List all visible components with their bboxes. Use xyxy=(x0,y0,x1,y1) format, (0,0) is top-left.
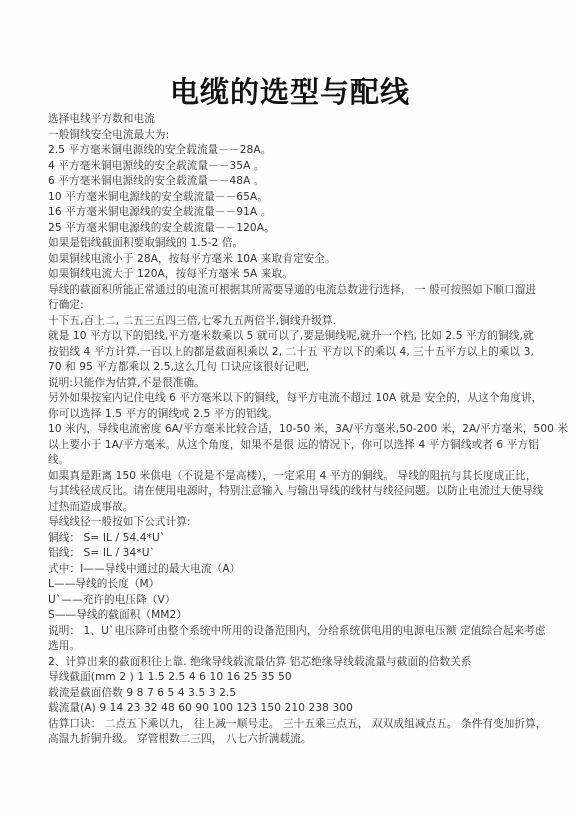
text-line: 以上要小于 1A/平方毫米。从这个角度，如果不是很 远的情况下，你可以选择 4 … xyxy=(48,438,538,454)
text-line: 如果是铝线截面积要取铜线的 1.5-2 倍。 xyxy=(48,236,538,252)
document-body: 选择电线平方数和电流 一般铜线安全电流最大为: 2.5 平方毫米铜电源线的安全载… xyxy=(48,112,538,748)
table-row-multiplier: 载流是截面倍数 9 8 7 6 5 4 3.5 3 2.5 xyxy=(48,686,538,702)
text-line: 就是 10 平方以下的铝线,平方毫米数乘以 5 就可以了,要是铜线呢,就升一个档… xyxy=(48,329,538,345)
text-line: 与其线径成反比。请在使用电源时，特别注意输入 与输出导线的线材与线径问题。以防止… xyxy=(48,484,538,500)
text-line: 25 平方毫米铜电源线的安全载流量－－120A。 xyxy=(48,221,538,237)
text-line: 过热而造成事故。 xyxy=(48,500,538,516)
text-line: 2.5 平方毫米铜电源线的安全载流量－－28A。 xyxy=(48,143,538,159)
text-line: 如果铜线电流小于 28A，按每平方毫米 10A 来取肯定安全。 xyxy=(48,252,538,268)
text-line: 导线的截面积所能正常通过的电流可根据其所需要导通的电流总数进行选择， 一 般可按… xyxy=(48,283,538,299)
text-line: 导线线径一般按如下公式计算: xyxy=(48,515,538,531)
text-line: 线。 xyxy=(48,453,538,469)
text-line: 70 和 95 平方都乘以 2.5,这么几句 口诀应该很好记吧, xyxy=(48,360,538,376)
formula-copper: 铜线： S= IL / 54.4*U` xyxy=(48,531,538,547)
document-page: 电缆的选型与配线 选择电线平方数和电流 一般铜线安全电流最大为: 2.5 平方毫… xyxy=(0,0,580,820)
text-line: 另外如果按室内记住电线 6 平方毫米以下的铜线，每平方电流不超过 10A 就是 … xyxy=(48,391,538,407)
table-row-cross-section: 导线截面(mm 2 ) 1 1.5 2.5 4 6 10 16 25 35 50 xyxy=(48,670,538,686)
text-line: 2、计算出来的截面积往上靠. 绝缘导线载流量估算 铝芯绝缘导线载流量与截面的倍数… xyxy=(48,655,538,671)
text-line: L——导线的长度（M） xyxy=(48,577,538,593)
text-line: 说明： 1、U`电压降可由整个系统中所用的设备范围内，分给系统供电用的电源电压额… xyxy=(48,624,538,640)
text-line: 如果铜线电流大于 120A，按每平方毫米 5A 来取。 xyxy=(48,267,538,283)
text-line: 如果真是距离 150 米供电（不说是不是高楼），一定采用 4 平方的铜线。 导线… xyxy=(48,469,538,485)
text-line: 选择电线平方数和电流 xyxy=(48,112,538,128)
text-line: 一般铜线安全电流最大为: xyxy=(48,128,538,144)
text-line: 6 平方毫米铜电源线的安全载流量－－48A 。 xyxy=(48,174,538,190)
text-line: 4 平方毫米铜电源线的安全载流量－－35A 。 xyxy=(48,159,538,175)
text-line: 你可以选择 1.5 平方的铜线或 2.5 平方的铝线。 xyxy=(48,407,538,423)
text-line: 十下五,百上二, 二五三五四三倍,七零九五两倍半,铜线升级算. xyxy=(48,314,538,330)
text-line: U`——充许的电压降（V） xyxy=(48,593,538,609)
text-line: 按铝线 4 平方计算.一百以上的都是截面积乘以 2, 二十五 平方以下的乘以 4… xyxy=(48,345,538,361)
text-line: 说明:只能作为估算,不是很准确。 xyxy=(48,376,538,392)
table-row-current: 载流量(A) 9 14 23 32 48 60 90 100 123 150 2… xyxy=(48,701,538,717)
document-title: 电缆的选型与配线 xyxy=(0,74,580,110)
text-line: S——导线的截面积（MM2） xyxy=(48,608,538,624)
text-line: 行确定: xyxy=(48,298,538,314)
text-line: 式中：I——导线中通过的最大电流（A） xyxy=(48,562,538,578)
formula-aluminum: 铝线： S= IL / 34*U` xyxy=(48,546,538,562)
text-line: 16 平方毫米铜电源线的安全载流量－－91A 。 xyxy=(48,205,538,221)
text-line: 估算口诀： 二点五下乘以九， 往上减一顺号走。 三十五乘三点五， 双双成组减点五… xyxy=(48,717,538,733)
text-line: 10 米内，导线电流密度 6A/平方毫米比较合适，10-50 米，3A/平方毫米… xyxy=(48,422,538,438)
text-line: 高温九折铜升级。 穿管根数二三四， 八七六折满载流。 xyxy=(48,732,538,748)
text-line: 10 平方毫米铜电源线的安全载流量－－65A。 xyxy=(48,190,538,206)
text-line: 选用。 xyxy=(48,639,538,655)
